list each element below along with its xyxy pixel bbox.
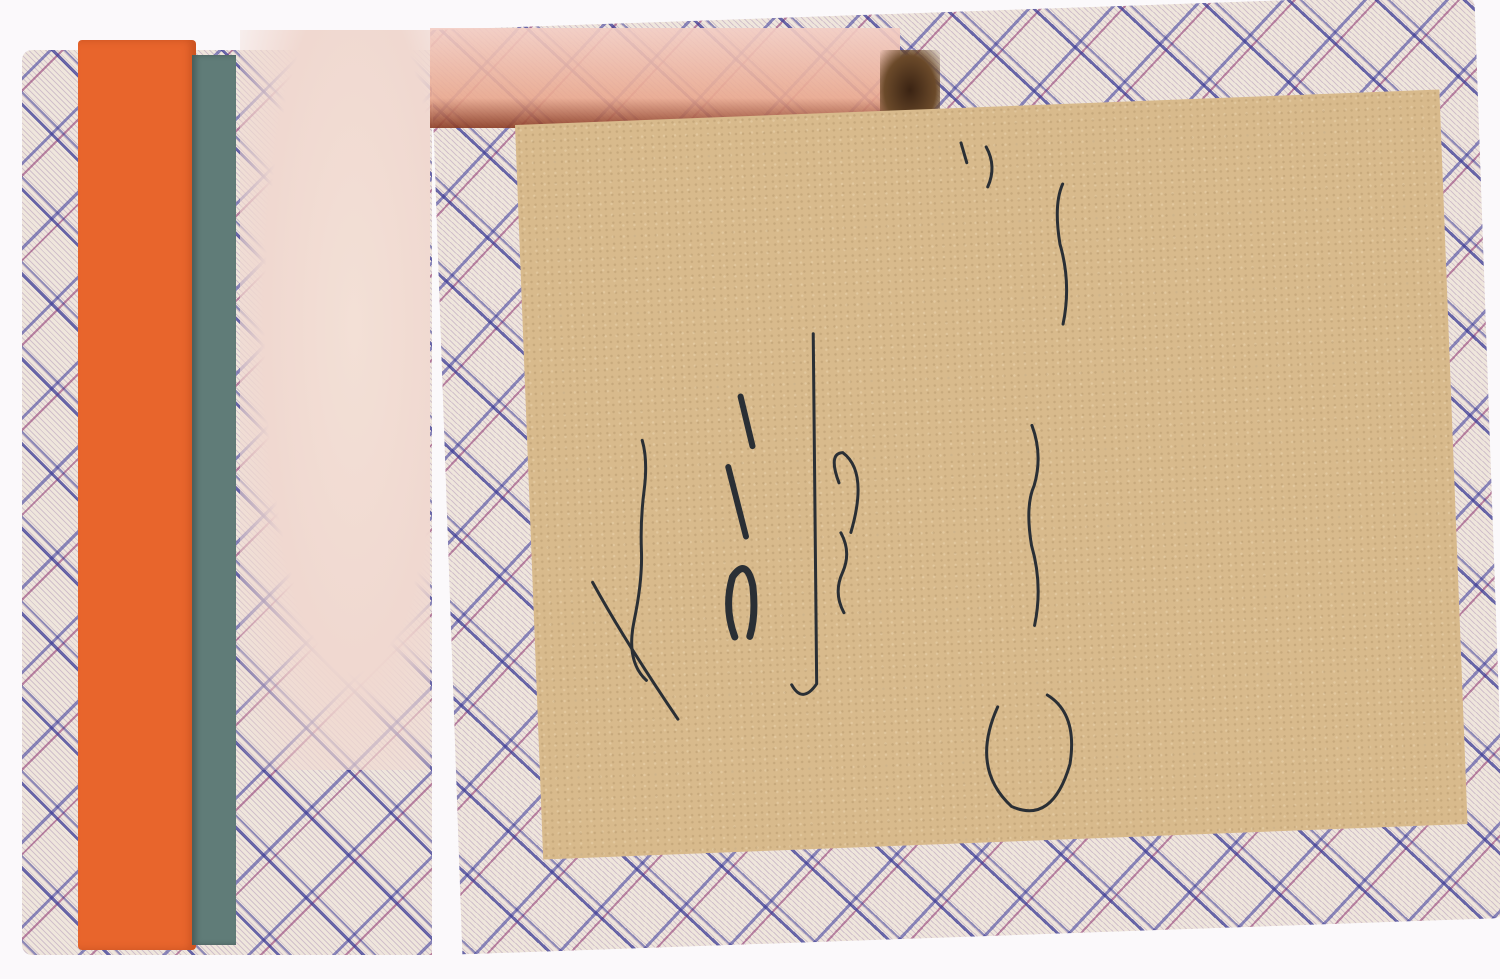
orange-band (78, 40, 196, 950)
handwritten-label (515, 89, 1468, 859)
handwriting-strokes (515, 89, 1468, 859)
faded-paper-area (240, 30, 430, 770)
green-band (192, 55, 236, 945)
